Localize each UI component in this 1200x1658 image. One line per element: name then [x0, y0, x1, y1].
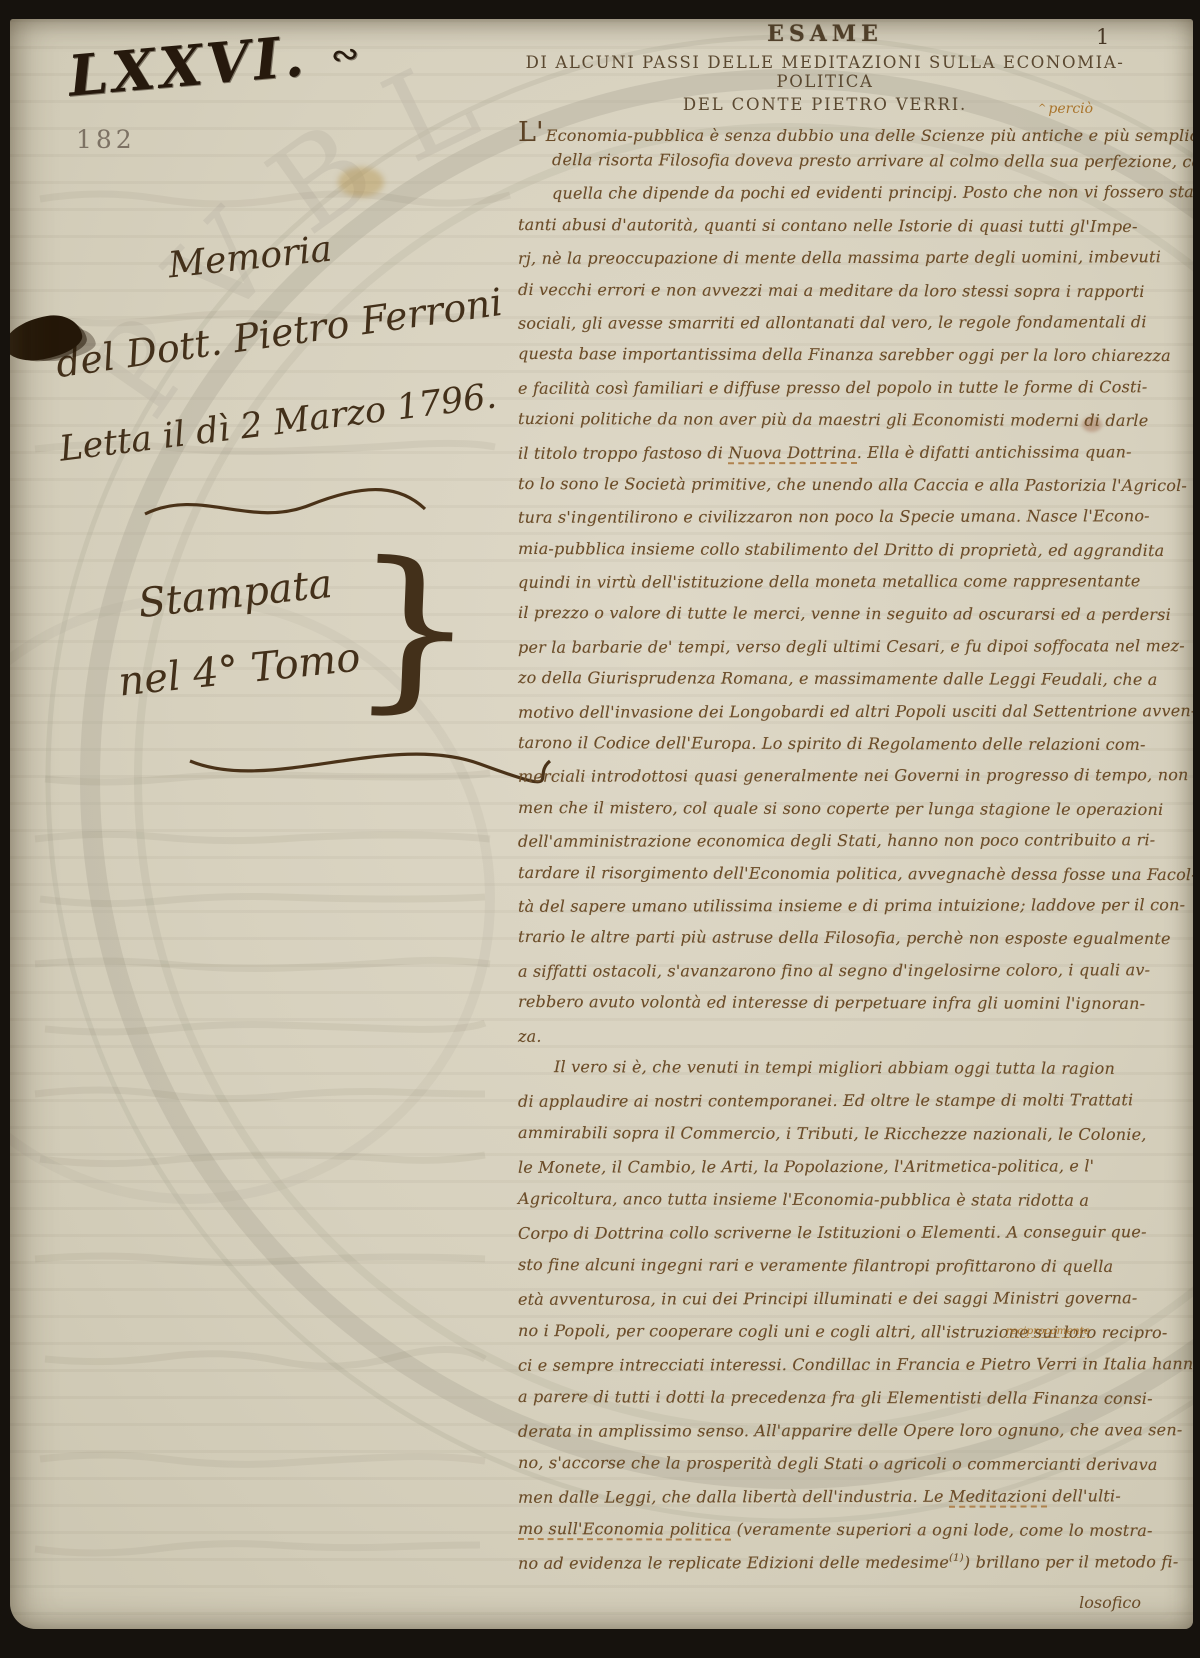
- manuscript-line: zo della Giurisprudenza Romana, e massim…: [518, 668, 1158, 702]
- paper-stain: [338, 167, 384, 197]
- manuscript-line: derata in amplissimo senso. All'apparire…: [518, 1420, 1158, 1455]
- manuscript-line: tanti abusi d'autorità, quanti si contan…: [518, 215, 1158, 249]
- manuscript-line: e facilità così familiari e diffuse pres…: [518, 377, 1158, 411]
- manuscript-line: mia-pubblica insieme collo stabilimento …: [518, 539, 1158, 573]
- manuscript-line: Il vero si è, che venuti in tempi miglio…: [518, 1057, 1158, 1092]
- manuscript-line: sto fine alcuni ingegni rari e veramente…: [518, 1255, 1158, 1290]
- archive-mark: LXXVI. ∾: [66, 19, 366, 110]
- page-subtitle: DI ALCUNI PASSI DELLE MEDITAZIONI SULLA …: [500, 53, 1150, 91]
- manuscript-line: no ad evidenza le replicate Edizioni del…: [518, 1552, 1158, 1587]
- manuscript-body: L'Economia-pubblica è senza dubbio una d…: [518, 117, 1158, 1586]
- manuscript-line: no, s'accorse che la prosperità degli St…: [518, 1453, 1158, 1488]
- manuscript-line: men dalle Leggi, che dalla libertà dell'…: [518, 1486, 1158, 1521]
- manuscript-line: sociali, gli avesse smarriti ed allontan…: [518, 312, 1158, 346]
- folio-stamp: 182: [76, 125, 136, 154]
- manuscript-line: merciali introdottosi quasi generalmente…: [518, 766, 1158, 800]
- manuscript-line: dell'amministrazione economica degli Sta…: [518, 830, 1158, 864]
- caret-mark: ^: [1038, 103, 1046, 114]
- page-title: ESAME: [500, 21, 1150, 47]
- manuscript-line: men che il mistero, col quale si sono co…: [518, 798, 1158, 832]
- manuscript-line: quella che dipende da pochi ed evidenti …: [518, 183, 1158, 217]
- margin-note-memoria: Memoria: [166, 229, 334, 287]
- manuscript-line: a siffatti ostacoli, s'avanzarono fino a…: [518, 960, 1158, 994]
- manuscript-line: tardare il risorgimento dell'Economia po…: [518, 863, 1158, 897]
- manuscript-line: tura s'ingentilirono e civilizzaron non …: [518, 507, 1158, 541]
- manuscript-line: motivo dell'invasione dei Longobardi ed …: [518, 701, 1158, 735]
- manuscript-line: rebbero avuto volontà ed interesse di pe…: [518, 992, 1158, 1026]
- manuscript-line: di vecchi errori e non avvezzi mai a med…: [518, 280, 1158, 314]
- manuscript-line: età avventurosa, in cui dei Principi ill…: [518, 1288, 1158, 1323]
- manuscript-line: il titolo troppo fastoso di Nuova Dottri…: [518, 442, 1158, 476]
- margin-brace: }: [346, 525, 482, 732]
- manuscript-line: questa base importantissima della Finanz…: [518, 344, 1158, 378]
- opening-line: L'Economia-pubblica è senza dubbio una d…: [518, 117, 1158, 151]
- manuscript-line: quindi in virtù dell'istituzione della m…: [518, 571, 1158, 605]
- manuscript-line: tarono il Codice dell'Europa. Lo spirito…: [518, 733, 1158, 767]
- margin-note-volume: nel 4° Tomo: [116, 634, 362, 705]
- manuscript-line: za.: [518, 1025, 1158, 1059]
- manuscript-page: PVBL: [10, 19, 1193, 1629]
- manuscript-line: a parere di tutti i dotti la precedenza …: [518, 1387, 1158, 1422]
- manuscript-scan: PVBL: [0, 0, 1200, 1658]
- margin-note-date: Letta il dì 2 Marzo 1796.: [57, 376, 499, 469]
- margin-note-author: del Dott. Pietro Ferroni: [53, 280, 505, 386]
- interlinear-insertion: ^perciò: [1038, 101, 1093, 117]
- manuscript-line: tà del sapere umano utilissima insieme e…: [518, 895, 1158, 929]
- manuscript-line: il prezzo o valore di tutte le merci, ve…: [518, 603, 1158, 637]
- manuscript-line: per la barbarie de' tempi, verso degli u…: [518, 636, 1158, 670]
- manuscript-line: Agricoltura, anco tutta insieme l'Econom…: [518, 1189, 1158, 1224]
- opening-line-text: Economia-pubblica è senza dubbio una del…: [546, 126, 1193, 145]
- margin-note-printed: Stampata: [136, 561, 334, 627]
- paragraph-2: Il vero si è, che venuti in tempi miglio…: [518, 1058, 1158, 1586]
- catchword: losofico: [1079, 1593, 1141, 1612]
- manuscript-line: tuzioni politiche da non aver più da mae…: [518, 409, 1158, 443]
- manuscript-line: Corpo di Dottrina collo scriverne le Ist…: [518, 1222, 1158, 1257]
- manuscript-line: to lo sono le Società primitive, che une…: [518, 474, 1158, 508]
- manuscript-line: le Monete, il Cambio, le Arti, la Popola…: [518, 1156, 1158, 1191]
- interlinear-correction: reciprocamente: [1006, 1325, 1090, 1338]
- manuscript-line: mo sull'Economia politica (veramente sup…: [518, 1519, 1158, 1554]
- archive-mark-text: LXXVI.: [66, 23, 310, 110]
- manuscript-line: rj, nè la preoccupazione di mente della …: [518, 247, 1158, 281]
- manuscript-line: della risorta Filosofia doveva presto ar…: [518, 150, 1158, 184]
- interlinear-insertion-text: perciò: [1048, 101, 1093, 117]
- flourish-mark: ∾: [329, 33, 365, 76]
- manuscript-line: ci e sempre intrecciati interessi. Condi…: [518, 1354, 1158, 1389]
- manuscript-line: di applaudire ai nostri contemporanei. E…: [518, 1090, 1158, 1125]
- paragraph-1: della risorta Filosofia doveva presto ar…: [518, 151, 1158, 1058]
- manuscript-line: ammirabili sopra il Commercio, i Tributi…: [518, 1123, 1158, 1158]
- manuscript-line: trario le altre parti più astruse della …: [518, 927, 1158, 961]
- page-number: 1: [1096, 25, 1109, 49]
- drop-cap: L': [518, 117, 544, 148]
